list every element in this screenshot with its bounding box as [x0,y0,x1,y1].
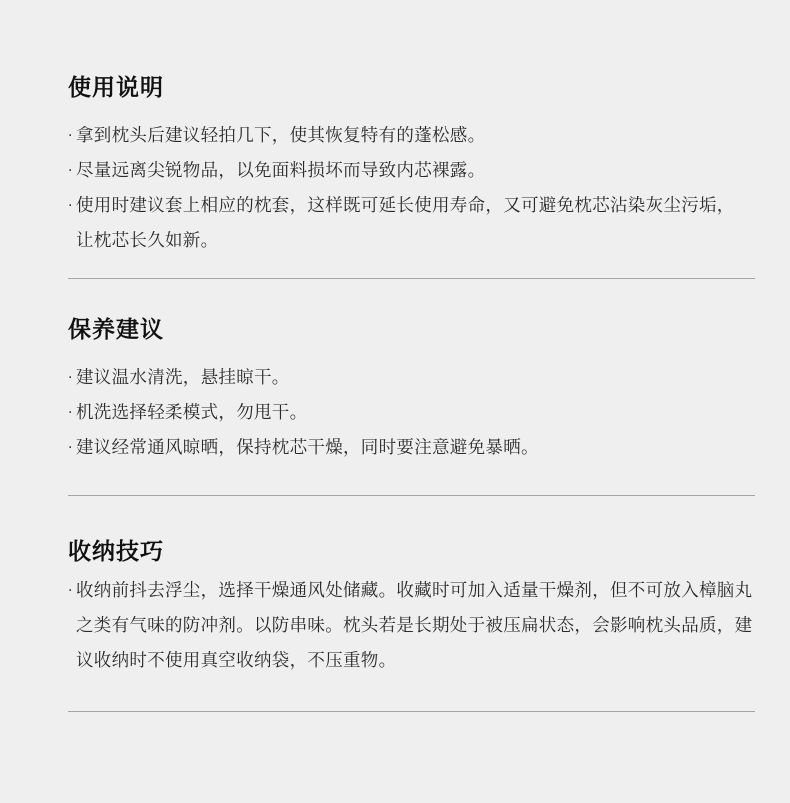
item-text: 尽量远离尖锐物品，以免面料损坏而导致内芯裸露。 [76,161,485,181]
bullet-dot-icon: · [68,574,73,609]
item-text: 拿到枕头后建议轻拍几下，使其恢复特有的蓬松感。 [76,126,485,146]
bullet-dot-icon: · [68,189,73,224]
item-text: 建议温水清洗，悬挂晾干。 [76,368,290,388]
item-text: 机洗选择轻柔模式，勿甩干。 [76,403,307,423]
list-item: ·建议经常通风晾晒，保持枕芯干燥，同时要注意避免暴晒。 [68,431,755,466]
bullet-dot-icon: · [68,396,73,431]
section-divider [68,711,755,712]
list-item: ·使用时建议套上相应的枕套，这样既可延长使用寿命，又可避免枕芯沾染灰尘污垢，让枕… [68,189,736,259]
list-item: ·拿到枕头后建议轻拍几下，使其恢复特有的蓬松感。 [68,119,755,154]
bullet-dot-icon: · [68,119,73,154]
section-title: 收纳技巧 [68,537,755,567]
section-usage-instructions: 使用说明 ·拿到枕头后建议轻拍几下，使其恢复特有的蓬松感。 ·尽量远离尖锐物品，… [68,73,755,259]
bullet-dot-icon: · [68,431,73,466]
list-item: ·建议温水清洗，悬挂晾干。 [68,361,755,396]
item-text: 使用时建议套上相应的枕套，这样既可延长使用寿命，又可避免枕芯沾染灰尘污垢，让枕芯… [76,196,735,251]
bullet-dot-icon: · [68,154,73,189]
section-title: 使用说明 [68,73,755,103]
item-text: 收纳前抖去浮尘，选择干燥通风处储藏。收藏时可加入适量干燥剂，但不可放入樟脑丸之类… [76,581,752,671]
section-title: 保养建议 [68,315,755,345]
list-item: ·机洗选择轻柔模式，勿甩干。 [68,396,755,431]
section-care-advice: 保养建议 ·建议温水清洗，悬挂晾干。 ·机洗选择轻柔模式，勿甩干。 ·建议经常通… [68,315,755,466]
section-divider [68,495,755,496]
list-item: ·收纳前抖去浮尘，选择干燥通风处储藏。收藏时可加入适量干燥剂，但不可放入樟脑丸之… [68,574,756,679]
item-text: 建议经常通风晾晒，保持枕芯干燥，同时要注意避免暴晒。 [76,438,539,458]
instruction-list: ·拿到枕头后建议轻拍几下，使其恢复特有的蓬松感。 ·尽量远离尖锐物品，以免面料损… [68,119,755,259]
section-divider [68,278,755,279]
bullet-dot-icon: · [68,361,73,396]
storage-list: ·收纳前抖去浮尘，选择干燥通风处储藏。收藏时可加入适量干燥剂，但不可放入樟脑丸之… [68,574,755,679]
care-list: ·建议温水清洗，悬挂晾干。 ·机洗选择轻柔模式，勿甩干。 ·建议经常通风晾晒，保… [68,361,755,466]
list-item: ·尽量远离尖锐物品，以免面料损坏而导致内芯裸露。 [68,154,755,189]
section-storage-tips: 收纳技巧 ·收纳前抖去浮尘，选择干燥通风处储藏。收藏时可加入适量干燥剂，但不可放… [68,537,755,679]
